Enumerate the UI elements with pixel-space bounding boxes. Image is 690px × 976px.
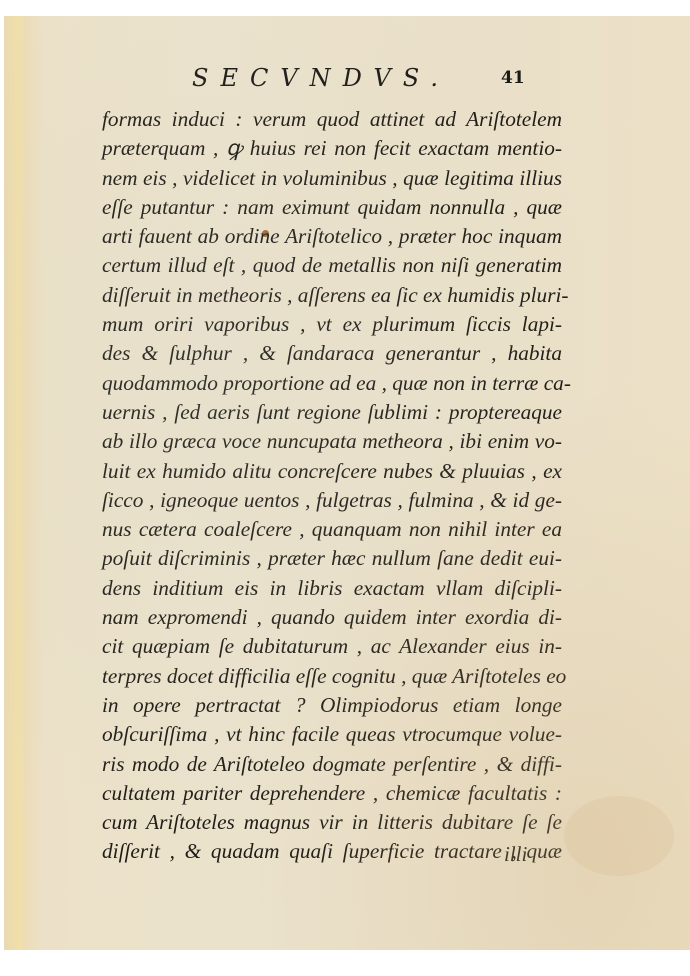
text-line: mum oriri vaporibus , vt ex plurimum ſic…	[102, 310, 562, 339]
text-line: quodammodo proportione ad ea , quæ non i…	[102, 369, 562, 398]
body-text: formas induci : verum quod attinet ad Ar…	[102, 105, 562, 867]
text-line: terpres docet difficilia eſſe cognitu , …	[102, 662, 562, 691]
text-line: in opere pertractat ? Olimpiodorus etiam…	[102, 691, 562, 720]
text-line: luit ex humido alitu concreſcere nubes &…	[102, 457, 562, 486]
text-line: cum Ariſtoteles magnus vir in litteris d…	[102, 808, 562, 837]
text-line: ris modo de Ariſtoteleo dogmate perſenti…	[102, 750, 562, 779]
text-line: cit quæpiam ſe dubitaturum , ac Alexande…	[102, 632, 562, 661]
text-line: uernis , ſed aeris ſunt regione ſublimi …	[102, 398, 562, 427]
text-line: certum illud eſt , quod de metallis non …	[102, 251, 562, 280]
text-line: des & ſulphur , & ſandaraca generantur ,…	[102, 339, 562, 368]
text-line: ab illo græca voce nuncupata metheora , …	[102, 427, 562, 456]
catchword: illi	[504, 842, 527, 867]
foxing-stain	[564, 796, 674, 876]
text-line: nem eis , videlicet in voluminibus , quæ…	[102, 164, 562, 193]
text-line: præterquam , ꝙ huius rei non fecit exact…	[102, 134, 562, 163]
text-line: poſuit diſcriminis , præter hæc nullum ſ…	[102, 544, 562, 573]
running-head: SECVNDVS. 41	[4, 64, 690, 94]
text-line: obſcuriſſima , vt hinc facile queas vtro…	[102, 720, 562, 749]
book-page: SECVNDVS. 41 formas induci : verum quod …	[4, 16, 690, 950]
text-line: nus cætera coaleſcere , quanquam non nih…	[102, 515, 562, 544]
text-line: formas induci : verum quod attinet ad Ar…	[102, 105, 562, 134]
page-number: 41	[501, 68, 525, 88]
text-line: diſſerit , & quadam quaſi ſuperficie tra…	[102, 837, 562, 866]
text-line: eſſe putantur : nam eximunt quidam nonnu…	[102, 193, 562, 222]
text-line: ſicco , igneoque uentos , fulgetras , fu…	[102, 486, 562, 515]
text-line: arti fauent ab ordine Ariſtotelico , præ…	[102, 222, 562, 251]
text-line: nam expromendi , quando quidem inter exo…	[102, 603, 562, 632]
text-line: dens inditium eis in libris exactam vlla…	[102, 574, 562, 603]
running-head-title: SECVNDVS.	[192, 64, 450, 92]
text-line: diſſeruit in metheoris , aſſerens ea ſic…	[102, 281, 562, 310]
text-line: cultatem pariter deprehendere , chemicæ …	[102, 779, 562, 808]
